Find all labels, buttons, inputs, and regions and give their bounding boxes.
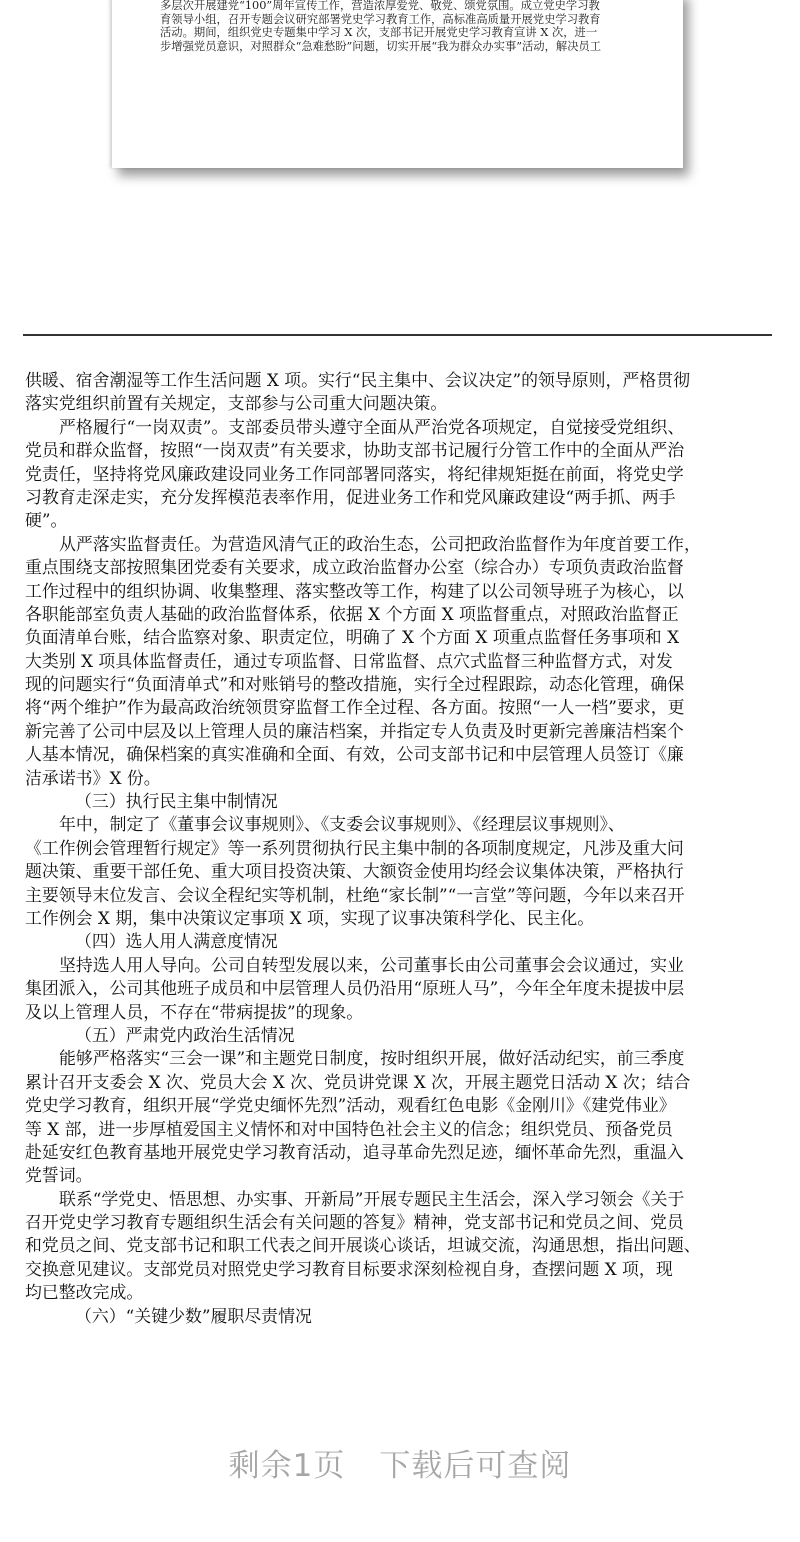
- body-text-line: 均已整改完成。: [25, 1281, 785, 1304]
- preview-page-text: 多层次开展建党“100”周年宣传工作，营造浓厚爱党、敬党、颂党氛围。成立党史学习…: [160, 0, 640, 53]
- document-body: 供暖、宿舍潮湿等工作生活问题 X 项。实行“民主集中、会议决定”的领导原则，严格…: [25, 369, 785, 1328]
- preview-line: 步增强党员意识，对照群众“急难愁盼”问题，切实开展“我为群众办实事”活动，解决员…: [160, 40, 640, 54]
- body-text-line: 工作过程中的组织协调、收集整理、落实整改等工作，构建了以公司领导班子为核心，以: [25, 580, 785, 603]
- body-text-line: 党员和群众监督，按照“一岗双责”有关要求，协助支部书记履行分管工作中的全面从严治: [25, 439, 785, 462]
- remaining-pages-banner[interactable]: 剩余1页下载后可查阅: [0, 1440, 800, 1485]
- section-heading: （六）“关键少数”履职尽责情况: [25, 1305, 785, 1328]
- section-heading: （五）严肃党内政治生活情况: [25, 1024, 785, 1047]
- body-text-line: 从严落实监督责任。为营造风清气正的政治生态，公司把政治监督作为年度首要工作，: [25, 533, 785, 556]
- body-text-line: 人基本情况，确保档案的真实准确和全面、有效，公司支部书记和中层管理人员签订《廉: [25, 743, 785, 766]
- body-text-line: 能够严格落实“三会一课”和主题党日制度，按时组织开展，做好活动纪实，前三季度: [25, 1047, 785, 1070]
- body-text-line: 负面清单台账，结合监察对象、职责定位，明确了 X 个方面 X 项重点监督任务事项…: [25, 626, 785, 649]
- body-text-line: 党誓词。: [25, 1164, 785, 1187]
- section-heading: （四）选人用人满意度情况: [25, 930, 785, 953]
- body-text-line: 工作例会 X 期，集中决策议定事项 X 项，实现了议事决策科学化、民主化。: [25, 907, 785, 930]
- body-text-line: 主要领导末位发言、会议全程纪实等机制，杜绝“家长制”“一言堂”等问题，今年以来召…: [25, 884, 785, 907]
- body-text-line: 洁承诺书》X 份。: [25, 767, 785, 790]
- page-divider: [23, 334, 772, 336]
- body-text-line: 大类别 X 项具体监督责任，通过专项监督、日常监督、点穴式监督三种监督方式，对发: [25, 650, 785, 673]
- body-text-line: 年中，制定了《董事会议事规则》、《支委会议事规则》、《经理层议事规则》、: [25, 813, 785, 836]
- body-text-line: 新完善了公司中层及以上管理人员的廉洁档案，并指定专人负责及时更新完善廉洁档案个: [25, 720, 785, 743]
- body-text-line: 联系“学党史、悟思想、办实事、开新局”开展专题民主生活会，深入学习领会《关于: [25, 1188, 785, 1211]
- body-text-line: 严格履行“一岗双责”。支部委员带头遵守全面从严治党各项规定，自觉接受党组织、: [25, 416, 785, 439]
- body-text-line: 落实党组织前置有关规定，支部参与公司重大问题决策。: [25, 392, 785, 415]
- preview-line: 活动。期间，组织党史专题集中学习 X 次，支部书记开展党史学习教育宣讲 X 次，…: [160, 26, 640, 40]
- body-text-line: 硬”。: [25, 509, 785, 532]
- remaining-pages-label: 剩余1页: [229, 1440, 346, 1485]
- preview-page-card: 多层次开展建党“100”周年宣传工作，营造浓厚爱党、敬党、颂党氛围。成立党史学习…: [112, 0, 683, 168]
- body-text-line: 供暖、宿舍潮湿等工作生活问题 X 项。实行“民主集中、会议决定”的领导原则，严格…: [25, 369, 785, 392]
- body-text-line: 《工作例会管理暂行规定》等一系列贯彻执行民主集中制的各项制度规定，凡涉及重大问: [25, 837, 785, 860]
- body-text-line: 党史学习教育，组织开展“学党史缅怀先烈”活动，观看红色电影《金刚川》《建党伟业》: [25, 1094, 785, 1117]
- body-text-line: 赴延安红色教育基地开展党史学习教育活动，追寻革命先烈足迹，缅怀革命先烈，重温入: [25, 1141, 785, 1164]
- section-heading: （三）执行民主集中制情况: [25, 790, 785, 813]
- body-text-line: 现的问题实行“负面清单式”和对账销号的整改措施，实行全过程跟踪，动态化管理，确保: [25, 673, 785, 696]
- body-text-line: 交换意见建议。支部党员对照党史学习教育目标要求深刻检视自身，查摆问题 X 项，现: [25, 1258, 785, 1281]
- download-hint-label: 下载后可查阅: [379, 1440, 571, 1485]
- body-text-line: 习教育走深走实，充分发挥模范表率作用，促进业务工作和党风廉政建设“两手抓、两手: [25, 486, 785, 509]
- body-text-line: 集团派入，公司其他班子成员和中层管理人员仍沿用“原班人马”，今年全年度未提拔中层: [25, 977, 785, 1000]
- body-text-line: 各职能部室负责人基础的政治监督体系，依据 X 个方面 X 项监督重点，对照政治监…: [25, 603, 785, 626]
- body-text-line: 题决策、重要干部任免、重大项目投资决策、大额资金使用均经会议集体决策，严格执行: [25, 860, 785, 883]
- body-text-line: 党责任，坚持将党风廉政建设同业务工作同部署同落实，将纪律规矩挺在前面，将党史学: [25, 463, 785, 486]
- body-text-line: 等 X 部，进一步厚植爱国主义情怀和对中国特色社会主义的信念；组织党员、预备党员: [25, 1118, 785, 1141]
- preview-line: 育领导小组，召开专题会议研究部署党史学习教育工作，高标准高质量开展党史学习教育: [160, 13, 640, 27]
- body-text-line: 召开党史学习教育专题组织生活会有关问题的答复》精神，党支部书记和党员之间、党员: [25, 1211, 785, 1234]
- body-text-line: 将“两个维护”作为最高政治统领贯穿监督工作全过程、各方面。按照“一人一档”要求，…: [25, 696, 785, 719]
- body-text-line: 和党员之间、党支部书记和职工代表之间开展谈心谈话，坦诚交流，沟通思想，指出问题、: [25, 1234, 785, 1257]
- preview-line: 多层次开展建党“100”周年宣传工作，营造浓厚爱党、敬党、颂党氛围。成立党史学习…: [160, 0, 640, 13]
- body-text-line: 坚持选人用人导向。公司自转型发展以来，公司董事长由公司董事会会议通过，实业: [25, 954, 785, 977]
- body-text-line: 累计召开支委会 X 次、党员大会 X 次、党员讲党课 X 次，开展主题党日活动 …: [25, 1071, 785, 1094]
- body-text-line: 重点围绕支部按照集团党委有关要求，成立政治监督办公室（综合办）专项负责政治监督: [25, 556, 785, 579]
- body-text-line: 及以上管理人员，不存在“带病提拔”的现象。: [25, 1001, 785, 1024]
